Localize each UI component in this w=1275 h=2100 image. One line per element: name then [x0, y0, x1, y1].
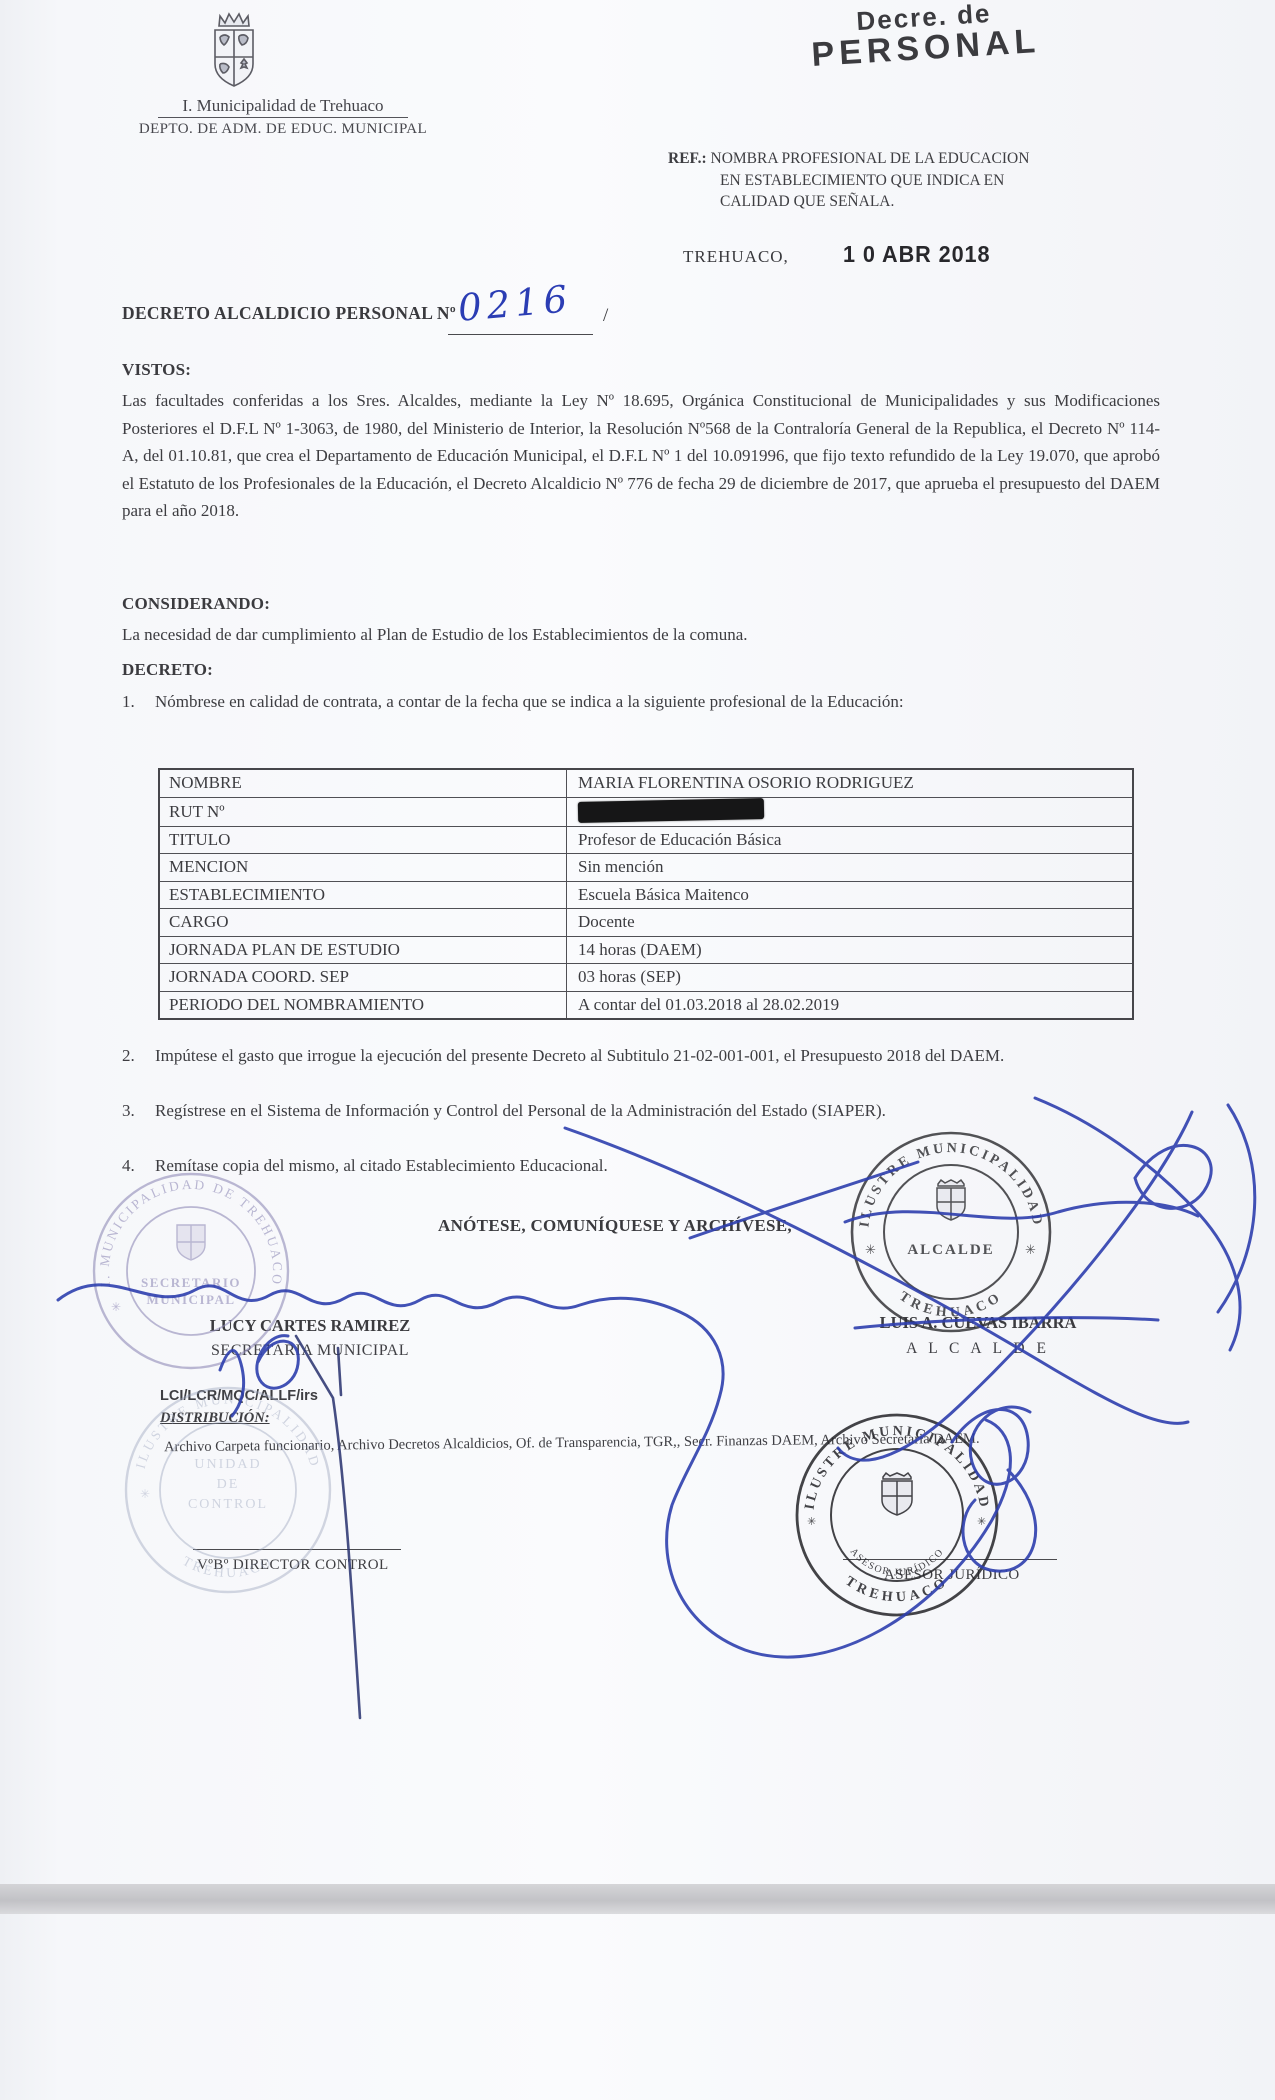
- municipal-crest-logo: [205, 12, 263, 96]
- table-row: NOMBRE MARIA FLORENTINA OSORIO RODRIGUEZ: [159, 769, 1133, 797]
- date-stamp: 1 0 ABR 2018: [843, 241, 990, 268]
- city-label: TREHUACO,: [683, 247, 789, 267]
- vistos-paragraph: Las facultades conferidas a los Sres. Al…: [122, 387, 1160, 525]
- decree-number-suffix: /: [603, 305, 608, 327]
- handwritten-signatures-ink: [0, 1050, 1275, 1850]
- row-label: ESTABLECIMIENTO: [159, 881, 567, 909]
- table-row: CARGO Docente: [159, 909, 1133, 937]
- row-label: RUT Nº: [159, 797, 567, 826]
- table-row: ESTABLECIMIENTO Escuela Básica Maitenco: [159, 881, 1133, 909]
- scanned-decree-page: I. Municipalidad de Trehuaco DEPTO. DE A…: [0, 0, 1275, 2100]
- considerando-paragraph: La necesidad de dar cumplimiento al Plan…: [122, 621, 1160, 649]
- table-row: TITULO Profesor de Educación Básica: [159, 826, 1133, 854]
- vistos-heading: VISTOS:: [122, 360, 191, 380]
- department-name: DEPTO. DE ADM. DE EDUC. MUNICIPAL: [128, 121, 438, 138]
- row-value: Sin mención: [567, 854, 1134, 882]
- personal-decree-stamp: Decre. de PERSONAL: [758, 0, 1091, 78]
- row-label: PERIODO DEL NOMBRAMIENTO: [159, 991, 567, 1019]
- reference-line1: NOMBRA PROFESIONAL DE LA EDUCACION: [711, 150, 1030, 167]
- considerando-heading: CONSIDERANDO:: [122, 594, 270, 614]
- scanner-artifact-band: [0, 1884, 1275, 1914]
- item-text: Nómbrese en calidad de contrata, a conta…: [155, 688, 1164, 716]
- row-value: Profesor de Educación Básica: [567, 826, 1134, 854]
- reference-label: REF.:: [668, 150, 707, 167]
- row-value: A contar del 01.03.2018 al 28.02.2019: [567, 991, 1134, 1019]
- redaction-bar: [578, 798, 764, 823]
- decree-title: DECRETO ALCALDICIO PERSONAL Nº: [122, 303, 456, 324]
- table-row: PERIODO DEL NOMBRAMIENTO A contar del 01…: [159, 991, 1133, 1019]
- table-row: JORNADA COORD. SEP 03 horas (SEP): [159, 964, 1133, 992]
- reference-block: REF.: NOMBRA PROFESIONAL DE LA EDUCACION…: [668, 148, 1138, 213]
- row-value: Docente: [567, 909, 1134, 937]
- row-value: 14 horas (DAEM): [567, 936, 1134, 964]
- row-value-redacted: [567, 797, 1134, 826]
- table-row: RUT Nº: [159, 797, 1133, 826]
- decree-item-1: 1. Nómbrese en calidad de contrata, a co…: [122, 688, 1164, 716]
- table-row: JORNADA PLAN DE ESTUDIO 14 horas (DAEM): [159, 936, 1133, 964]
- row-label: MENCION: [159, 854, 567, 882]
- row-value: 03 horas (SEP): [567, 964, 1134, 992]
- decreto-heading: DECRETO:: [122, 660, 213, 680]
- reference-line2: EN ESTABLECIMIENTO QUE INDICA EN: [720, 170, 1138, 192]
- appointment-table: NOMBRE MARIA FLORENTINA OSORIO RODRIGUEZ…: [158, 768, 1134, 1020]
- municipality-name: I. Municipalidad de Trehuaco: [158, 96, 408, 118]
- decree-number-underline: [448, 334, 593, 335]
- table-row: MENCION Sin mención: [159, 854, 1133, 882]
- row-label: JORNADA PLAN DE ESTUDIO: [159, 936, 567, 964]
- row-value: MARIA FLORENTINA OSORIO RODRIGUEZ: [567, 769, 1134, 797]
- reference-line3: CALIDAD QUE SEÑALA.: [720, 191, 1138, 213]
- row-label: JORNADA COORD. SEP: [159, 964, 567, 992]
- item-number: 1.: [122, 688, 155, 716]
- decree-number-handwritten: 0216: [456, 277, 573, 330]
- row-value: Escuela Básica Maitenco: [567, 881, 1134, 909]
- row-label: CARGO: [159, 909, 567, 937]
- row-label: TITULO: [159, 826, 567, 854]
- row-label: NOMBRE: [159, 769, 567, 797]
